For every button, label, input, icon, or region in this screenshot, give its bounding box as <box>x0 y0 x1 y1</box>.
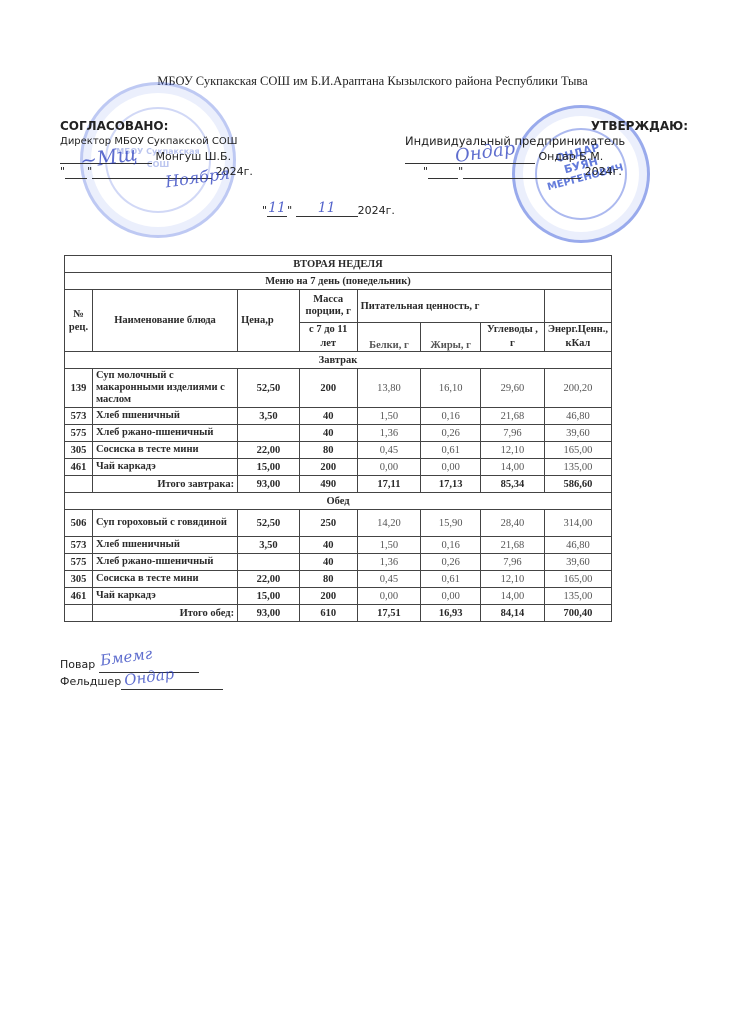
cell-dish-name: Хлеб ржано-пшеничный <box>92 554 237 571</box>
cell-price: 3,50 <box>238 408 300 425</box>
approval-right-heading: УТВЕРЖДАЮ: <box>405 119 705 134</box>
total-carbs: 85,34 <box>481 476 545 493</box>
total-carbs: 84,14 <box>481 605 545 622</box>
cell-dish-name: Хлеб пшеничный <box>92 537 237 554</box>
table-row: 575Хлеб ржано-пшеничный401,360,267,9639,… <box>65 554 612 571</box>
approval-right-date-line: "" 2024г. <box>405 164 705 179</box>
total-row: Итого обед:93,0061017,5116,9384,14700,40 <box>65 605 612 622</box>
cell-mass: 80 <box>299 442 357 459</box>
cell-rec-no: 461 <box>65 588 93 605</box>
cell-rec-no: 575 <box>65 554 93 571</box>
total-label: Итого завтрака: <box>92 476 237 493</box>
cell-proteins: 13,80 <box>357 369 421 408</box>
week-title: ВТОРАЯ НЕДЕЛЯ <box>65 256 612 273</box>
cell-energy: 314,00 <box>544 510 611 537</box>
total-fats: 16,93 <box>421 605 481 622</box>
approval-left-heading: СОГЛАСОВАНО: <box>60 119 320 134</box>
cell-fats: 0,61 <box>421 442 481 459</box>
cell-carbs: 7,96 <box>481 425 545 442</box>
document-date: "11" 112024г. <box>262 200 395 217</box>
section-title: Завтрак <box>65 352 612 369</box>
cell-fats: 0,16 <box>421 537 481 554</box>
cell-energy: 39,60 <box>544 425 611 442</box>
cell-rec-no: 573 <box>65 537 93 554</box>
cell-dish-name: Чай каркадэ <box>92 588 237 605</box>
section-header-row: Обед <box>65 493 612 510</box>
table-row: 139Суп молочный с макаронными изделиями … <box>65 369 612 408</box>
cell-fats: 15,90 <box>421 510 481 537</box>
header-nutrition: Питательная ценность, г <box>357 290 544 323</box>
cell-dish-name: Сосиска в тесте мини <box>92 571 237 588</box>
cell-price: 22,00 <box>238 442 300 459</box>
section-title: Обед <box>65 493 612 510</box>
cell-mass: 200 <box>299 369 357 408</box>
cell-dish-name: Сосиска в тесте мини <box>92 442 237 459</box>
quote: " <box>458 165 463 178</box>
cell-dish-name: Суп молочный с макаронными изделиями с м… <box>92 369 237 408</box>
cell-carbs: 7,96 <box>481 554 545 571</box>
table-row: 305Сосиска в тесте мини22,00800,450,6112… <box>65 571 612 588</box>
cell-proteins: 1,36 <box>357 554 421 571</box>
cell-fats: 0,00 <box>421 588 481 605</box>
approval-left-name: Монгуш Ш.Б. <box>156 150 232 163</box>
cell-proteins: 0,45 <box>357 442 421 459</box>
cell-rec-no: 506 <box>65 510 93 537</box>
cell-price: 22,00 <box>238 571 300 588</box>
cell-dish-name: Чай каркадэ <box>92 459 237 476</box>
cell-mass: 250 <box>299 510 357 537</box>
cell-rec-no: 305 <box>65 442 93 459</box>
cell-rec-no: 575 <box>65 425 93 442</box>
table-row: 305Сосиска в тесте мини22,00800,450,6112… <box>65 442 612 459</box>
cell-price: 52,50 <box>238 510 300 537</box>
total-fats: 17,13 <box>421 476 481 493</box>
cell-price <box>238 425 300 442</box>
cell-carbs: 14,00 <box>481 459 545 476</box>
cell-dish-name: Суп гороховый с говядиной <box>92 510 237 537</box>
cell-mass: 200 <box>299 459 357 476</box>
menu-body: Завтрак139Суп молочный с макаронными изд… <box>65 352 612 622</box>
cell-fats: 0,00 <box>421 459 481 476</box>
cell-energy: 135,00 <box>544 588 611 605</box>
cell-carbs: 29,60 <box>481 369 545 408</box>
cell-energy: 46,80 <box>544 408 611 425</box>
approval-right-name-line: Ондар Б.М. <box>405 149 705 164</box>
table-row: 575Хлеб ржано-пшеничный401,360,267,9639,… <box>65 425 612 442</box>
header-portion-mass: Масса порции, г <box>299 290 357 323</box>
medic-label: Фельдшер <box>60 675 121 688</box>
cell-mass: 80 <box>299 571 357 588</box>
cell-energy: 39,60 <box>544 554 611 571</box>
header-proteins: Белки, г <box>357 323 421 352</box>
date-year: 2024г. <box>358 204 395 217</box>
approval-right-year: 2024г. <box>585 165 622 178</box>
cell-price <box>238 554 300 571</box>
cell-carbs: 12,10 <box>481 571 545 588</box>
cell-mass: 40 <box>299 408 357 425</box>
cell-carbs: 28,40 <box>481 510 545 537</box>
cell-rec-no: 139 <box>65 369 93 408</box>
table-row: 573Хлеб пшеничный3,50401,500,1621,6846,8… <box>65 408 612 425</box>
date-day: 11 <box>267 200 287 217</box>
table-row: 506Суп гороховый с говядиной52,5025014,2… <box>65 510 612 537</box>
cell-energy: 165,00 <box>544 442 611 459</box>
header-fats: Жиры, г <box>421 323 481 352</box>
total-label: Итого обед: <box>92 605 237 622</box>
header-energy-blank <box>544 290 611 323</box>
header-age-group: с 7 до 11 лет <box>299 323 357 352</box>
cell-fats: 0,61 <box>421 571 481 588</box>
cell-dish-name: Хлеб ржано-пшеничный <box>92 425 237 442</box>
table-row: 461Чай каркадэ15,002000,000,0014,00135,0… <box>65 459 612 476</box>
total-row: Итого завтрака:93,0049017,1117,1385,3458… <box>65 476 612 493</box>
cell-mass: 40 <box>299 537 357 554</box>
quote: " <box>423 165 428 178</box>
total-energy: 700,40 <box>544 605 611 622</box>
cell-proteins: 1,50 <box>357 408 421 425</box>
table-row: 573Хлеб пшеничный3,50401,500,1621,6846,8… <box>65 537 612 554</box>
cell-mass: 40 <box>299 554 357 571</box>
total-mass: 610 <box>299 605 357 622</box>
cell-empty <box>65 476 93 493</box>
total-mass: 490 <box>299 476 357 493</box>
cook-label: Повар <box>60 658 95 671</box>
approval-right-name: Ондар Б.М. <box>539 150 604 163</box>
cell-price: 52,50 <box>238 369 300 408</box>
cell-energy: 135,00 <box>544 459 611 476</box>
approval-right-position: Индивидуальный предприниматель <box>405 134 705 149</box>
header-energy: Энерг.Ценн., кКал <box>544 323 611 352</box>
cell-fats: 16,10 <box>421 369 481 408</box>
total-energy: 586,60 <box>544 476 611 493</box>
cell-carbs: 14,00 <box>481 588 545 605</box>
cell-energy: 165,00 <box>544 571 611 588</box>
cell-mass: 40 <box>299 425 357 442</box>
cell-price: 15,00 <box>238 588 300 605</box>
header-price: Цена,р <box>238 290 300 352</box>
cell-carbs: 21,68 <box>481 408 545 425</box>
cell-price: 15,00 <box>238 459 300 476</box>
cell-empty <box>65 605 93 622</box>
total-proteins: 17,51 <box>357 605 421 622</box>
total-price: 93,00 <box>238 605 300 622</box>
total-price: 93,00 <box>238 476 300 493</box>
header-rec-no: № рец. <box>65 290 93 352</box>
date-month: 11 <box>296 200 358 217</box>
quote: " <box>287 204 292 217</box>
header-carbs: Углеводы , г <box>481 323 545 352</box>
cell-price: 3,50 <box>238 537 300 554</box>
cell-carbs: 21,68 <box>481 537 545 554</box>
approval-right: УТВЕРЖДАЮ: Индивидуальный предпринимател… <box>405 119 705 179</box>
quote: " <box>60 165 65 178</box>
cell-rec-no: 573 <box>65 408 93 425</box>
org-title: МБОУ Сукпакская СОШ им Б.И.Арaптана Кызы… <box>0 74 745 89</box>
menu-table: ВТОРАЯ НЕДЕЛЯ Меню на 7 день (понедельни… <box>64 255 612 622</box>
total-proteins: 17,11 <box>357 476 421 493</box>
section-header-row: Завтрак <box>65 352 612 369</box>
cell-proteins: 0,45 <box>357 571 421 588</box>
cell-rec-no: 305 <box>65 571 93 588</box>
cell-carbs: 12,10 <box>481 442 545 459</box>
cell-proteins: 0,00 <box>357 459 421 476</box>
cell-dish-name: Хлеб пшеничный <box>92 408 237 425</box>
header-dish-name: Наименование блюда <box>92 290 237 352</box>
cell-proteins: 0,00 <box>357 588 421 605</box>
cell-proteins: 1,36 <box>357 425 421 442</box>
cell-fats: 0,26 <box>421 554 481 571</box>
cell-proteins: 14,20 <box>357 510 421 537</box>
cell-energy: 200,20 <box>544 369 611 408</box>
cell-fats: 0,16 <box>421 408 481 425</box>
cell-fats: 0,26 <box>421 425 481 442</box>
cell-proteins: 1,50 <box>357 537 421 554</box>
cell-mass: 200 <box>299 588 357 605</box>
menu-title: Меню на 7 день (понедельник) <box>65 273 612 290</box>
table-row: 461Чай каркадэ15,002000,000,0014,00135,0… <box>65 588 612 605</box>
cell-rec-no: 461 <box>65 459 93 476</box>
cell-energy: 46,80 <box>544 537 611 554</box>
